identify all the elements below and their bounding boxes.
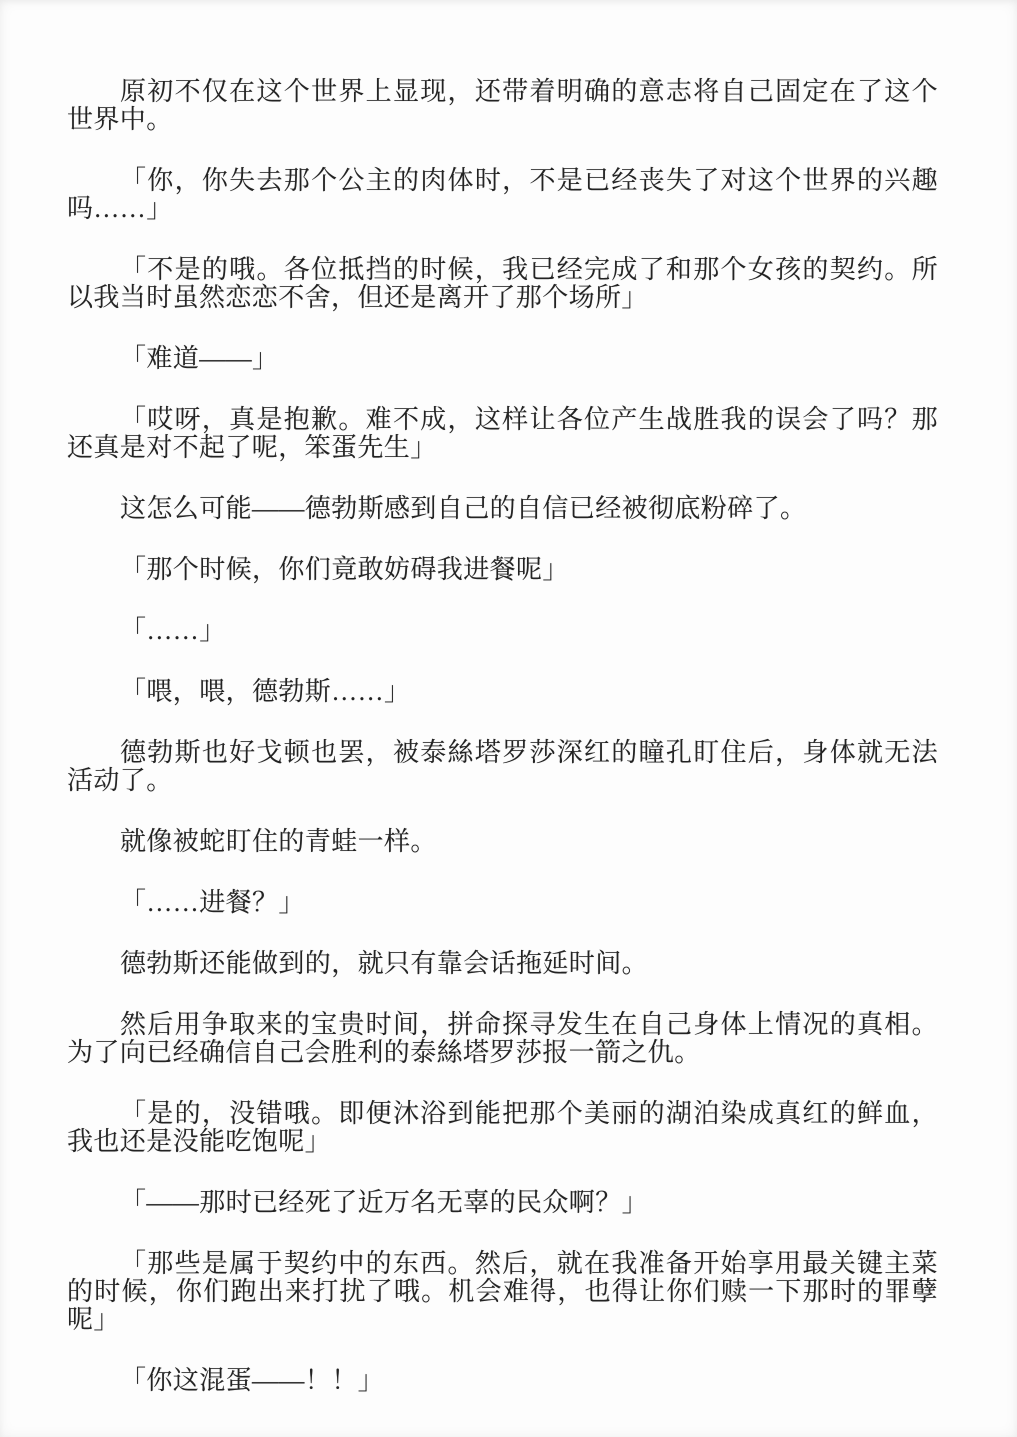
paragraph-narration: 然后用争取来的宝贵时间，拼命探寻发生在自己身体上情况的真相。为了向已经确信自己会… [67,1011,938,1067]
paragraph-dialogue: 「难道——」 [67,345,938,373]
paragraph-dialogue: 「那些是属于契约中的东西。然后，就在我准备开始享用最关键主菜的时候，你们跑出来打… [67,1250,938,1334]
novel-text-column: 原初不仅在这个世界上显现，还带着明确的意志将自己固定在了这个世界中。 「你，你失… [67,78,938,1428]
paragraph-dialogue: 「……」 [67,617,938,645]
paragraph-dialogue: 「那个时候，你们竟敢妨碍我进餐呢」 [67,556,938,584]
paragraph-dialogue: 「你，你失去那个公主的肉体时，不是已经丧失了对这个世界的兴趣吗……」 [67,167,938,223]
paragraph-narration: 德勃斯也好戈顿也罢，被泰絲塔罗莎深红的瞳孔盯住后，身体就无法活动了。 [67,739,938,795]
paragraph-narration: 就像被蛇盯住的青蛙一样。 [67,828,938,856]
paragraph-narration: 这怎么可能——德勃斯感到自己的自信已经被彻底粉碎了。 [67,495,938,523]
paragraph-dialogue: 「是的，没错哦。即便沐浴到能把那个美丽的湖泊染成真红的鲜血，我也还是没能吃饱呢」 [67,1100,938,1156]
paragraph-dialogue: 「不是的哦。各位抵挡的时候，我已经完成了和那个女孩的契约。所以我当时虽然恋恋不舍… [67,256,938,312]
paragraph-narration: 德勃斯还能做到的，就只有靠会话拖延时间。 [67,950,938,978]
paragraph-narration: 原初不仅在这个世界上显现，还带着明确的意志将自己固定在了这个世界中。 [67,78,938,134]
paragraph-dialogue: 「喂，喂，德勃斯……」 [67,678,938,706]
paragraph-dialogue: 「——那时已经死了近万名无辜的民众啊？」 [67,1189,938,1217]
paragraph-dialogue: 「……进餐？」 [67,889,938,917]
paragraph-dialogue: 「哎呀，真是抱歉。难不成，这样让各位产生战胜我的误会了吗？那还真是对不起了呢，笨… [67,406,938,462]
paragraph-dialogue: 「你这混蛋——！！」 [67,1367,938,1395]
